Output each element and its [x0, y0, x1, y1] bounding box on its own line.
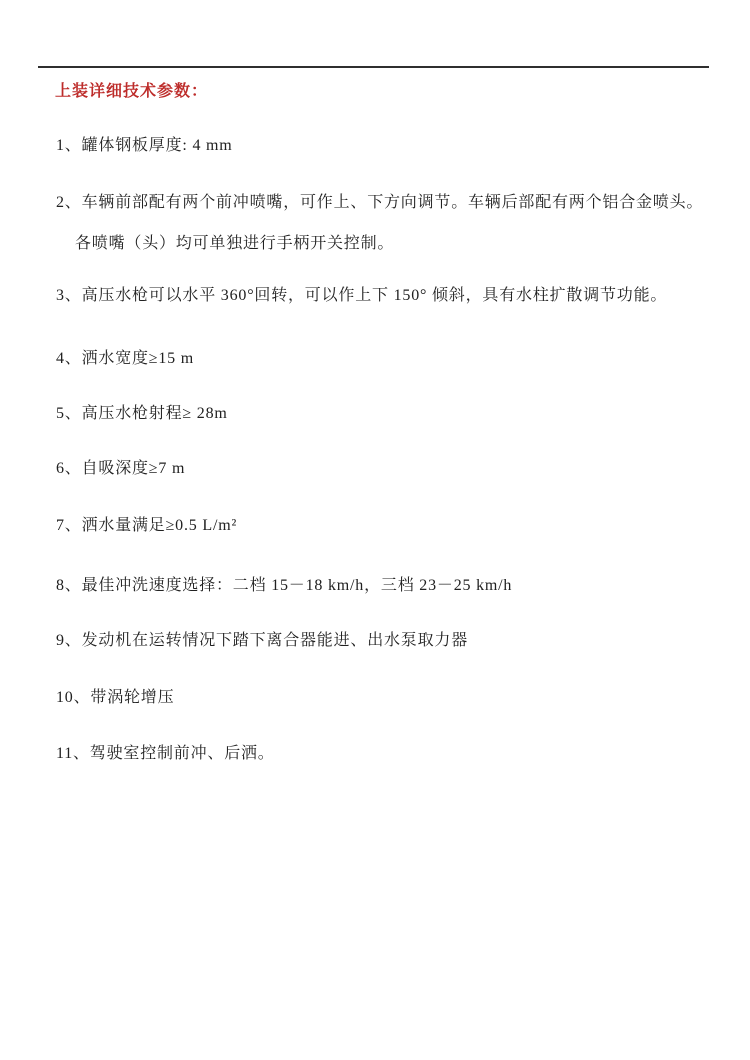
- list-item-2-line-2: 各喷嘴（头）均可单独进行手柄开关控制。: [75, 233, 394, 255]
- list-item-10: 10、带涡轮增压: [56, 687, 174, 709]
- horizontal-rule: [38, 66, 709, 68]
- list-item-2-line-1: 2、车辆前部配有两个前冲喷嘴，可作上、下方向调节。车辆后部配有两个铝合金喷头。: [56, 192, 703, 214]
- list-item-6: 6、自吸深度≥7 m: [56, 458, 185, 480]
- list-item-4: 4、洒水宽度≥15 m: [56, 348, 194, 370]
- list-item-8: 8、最佳冲洗速度选择：二档 15－18 km/h，三档 23－25 km/h: [56, 575, 512, 597]
- list-item-9: 9、发动机在运转情况下踏下离合器能进、出水泵取力器: [56, 630, 468, 652]
- list-item-5: 5、高压水枪射程≥ 28m: [56, 403, 228, 425]
- list-item-7: 7、洒水量满足≥0.5 L/m²: [56, 515, 237, 537]
- list-item-1: 1、罐体钢板厚度: 4 mm: [56, 135, 233, 157]
- list-item-3: 3、高压水枪可以水平 360°回转，可以作上下 150° 倾斜，具有水柱扩散调节…: [56, 285, 667, 307]
- section-heading: 上装详细技术参数：: [55, 78, 208, 101]
- document-page: 上装详细技术参数： 1、罐体钢板厚度: 4 mm 2、车辆前部配有两个前冲喷嘴，…: [0, 0, 750, 1060]
- list-item-11: 11、驾驶室控制前冲、后洒。: [56, 743, 275, 765]
